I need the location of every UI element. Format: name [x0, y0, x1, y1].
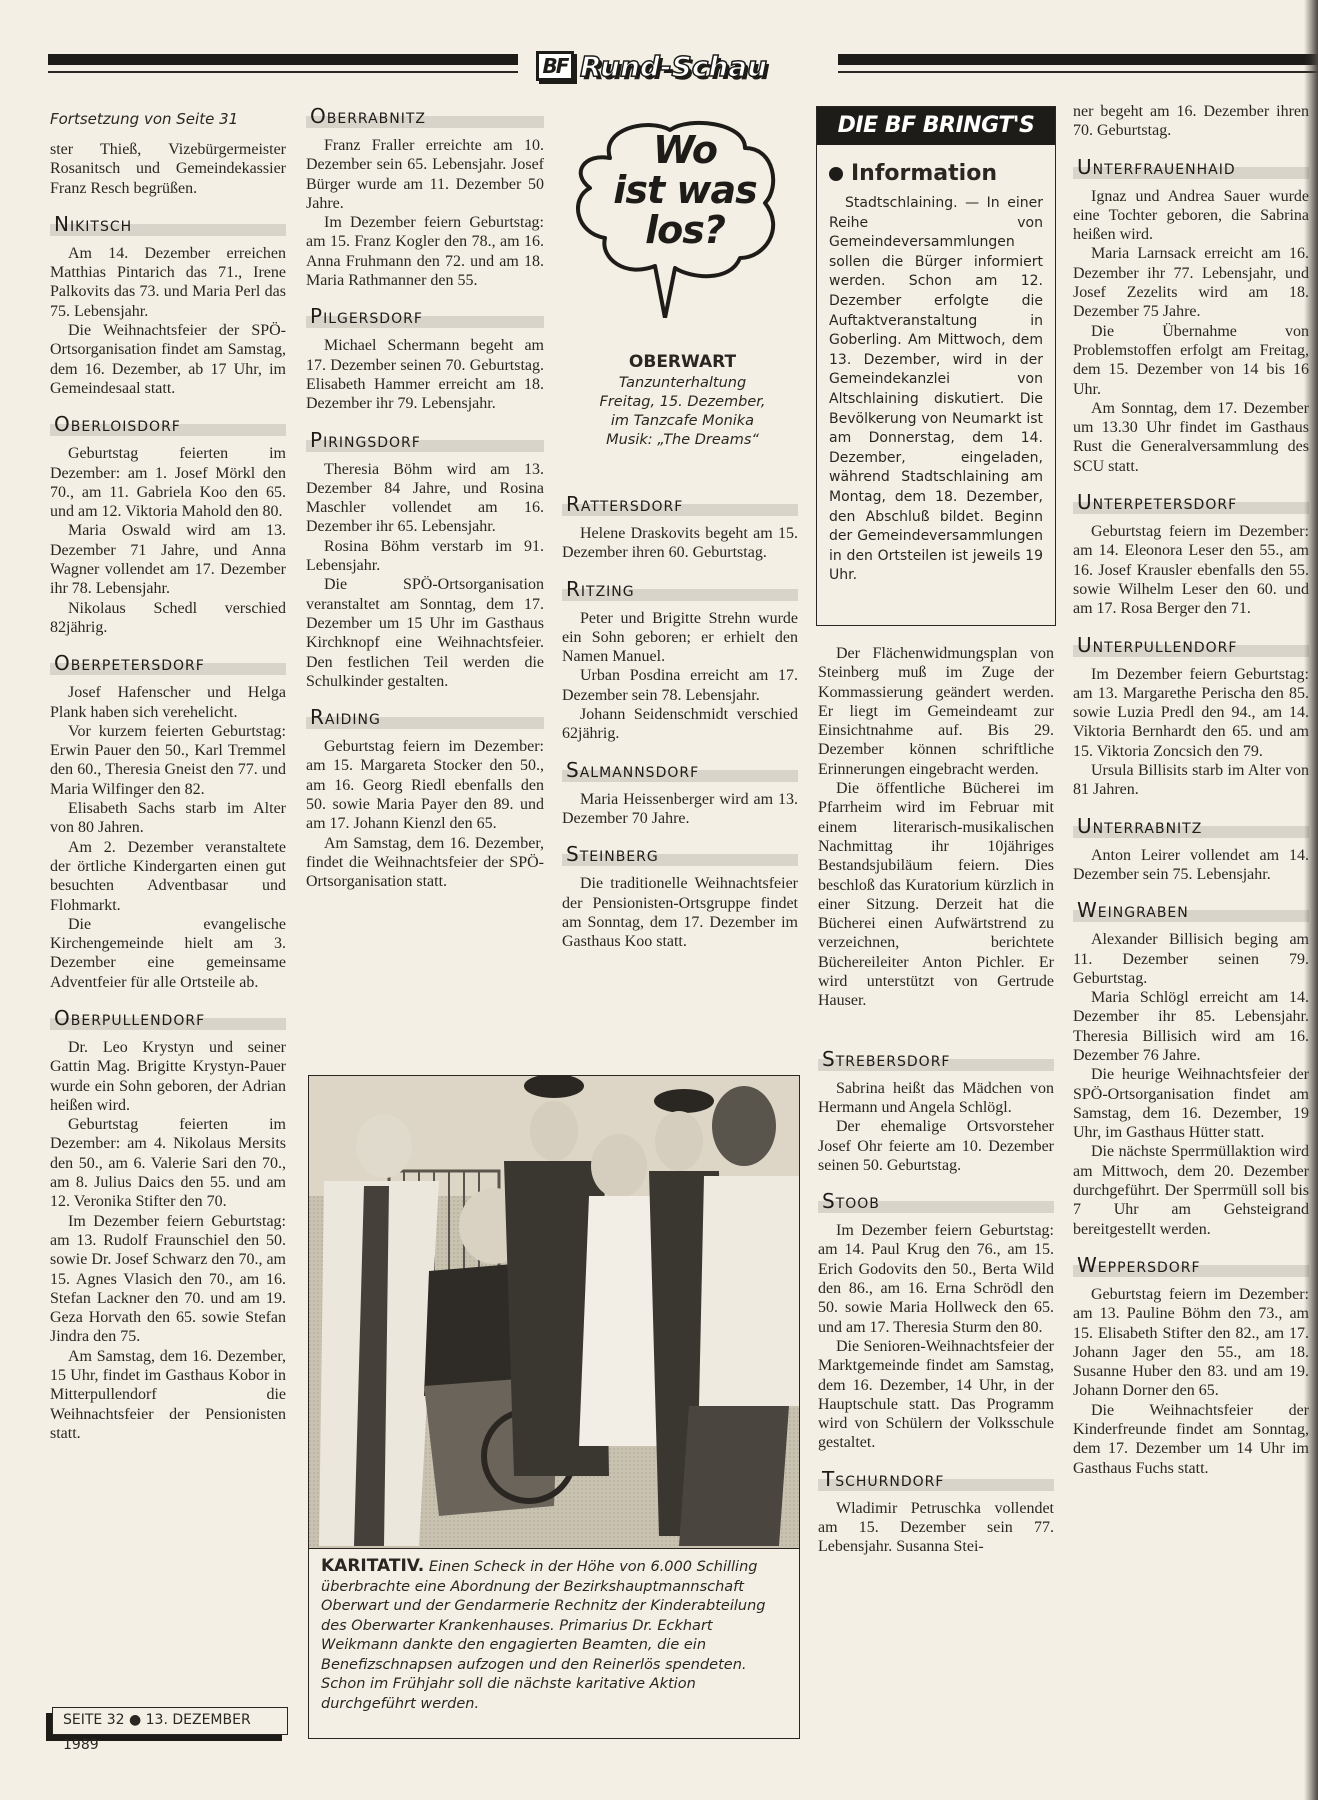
paragraph: Josef Hafenscher und Helga Plank haben s… — [50, 683, 286, 722]
bf-bringts-box: DIE BF BRINGT'S Information Stadtschlain… — [816, 106, 1056, 626]
paragraph: Die evangelische Kirchengemeinde hielt a… — [50, 915, 286, 992]
paragraph: Die öffentliche Bücherei im Pfarrheim wi… — [818, 779, 1054, 1011]
section-heading: Unterpullendorf — [1073, 633, 1309, 657]
paragraph: Dr. Leo Krystyn und seiner Gattin Mag. B… — [50, 1038, 286, 1115]
section-list: StrebersdorfSabrina heißt das Mädchen vo… — [818, 1047, 1054, 1557]
paragraph: Die SPÖ-Ortsorganisation veranstaltet am… — [306, 575, 544, 691]
article-continuation-text: ster Thieß, Vizebürgermeister Rosanitsch… — [50, 140, 286, 198]
paragraph: Rosina Böhm verstarb im 91. Lebensjahr. — [306, 537, 544, 576]
section-heading: Raiding — [306, 705, 544, 729]
paragraph: Geburtstag feierten im Dezember: am 4. N… — [50, 1115, 286, 1211]
infobox-header: DIE BF BRINGT'S — [817, 107, 1055, 145]
masthead-logo: BF Rund-Schau — [536, 48, 767, 84]
section-heading: Weingraben — [1073, 898, 1309, 922]
paragraph: Die Weihnachtsfeier der SPÖ-Ortsorganisa… — [50, 321, 286, 398]
paragraph: Am 14. Dezember erreichen Matthias Pinta… — [50, 244, 286, 321]
section-list: RattersdorfHelene Draskovits begeht am 1… — [562, 492, 798, 951]
paragraph: Der ehemalige Ortsvorsteher Josef Ohr fe… — [818, 1117, 1054, 1175]
paragraph: Am Samstag, dem 16. Dezember, 15 Uhr, fi… — [50, 1347, 286, 1443]
paragraph: Wladimir Petruschka vollendet am 15. Dez… — [818, 1499, 1054, 1557]
paragraph: Maria Larnsack erreicht am 16. Dezember … — [1073, 244, 1309, 321]
paragraph: Alexander Billisich beging am 11. Dezemb… — [1073, 930, 1309, 988]
section-heading: Unterpetersdorf — [1073, 490, 1309, 514]
paragraph: ner begeht am 16. Dezember ihren 70. Geb… — [1073, 102, 1309, 141]
paragraph: Michael Schermann begeht am 17. Dezember… — [306, 336, 544, 413]
paragraph: Am Samstag, dem 16. Dezember, findet die… — [306, 834, 544, 892]
column-4: Der Flächenwidmungsplan von Steinberg mu… — [818, 644, 1054, 1557]
event-location: OBERWART — [575, 352, 790, 372]
masthead-rule-left — [48, 54, 518, 76]
section-heading: Stoob — [818, 1189, 1054, 1213]
paragraph: Am Sonntag, dem 17. Dezember um 13.30 Uh… — [1073, 399, 1309, 476]
section-heading: Nikitsch — [50, 212, 286, 236]
paragraph: Urban Posdina erreicht am 17. Dezember s… — [562, 666, 798, 705]
continuation-note: Fortsetzung von Seite 31 — [50, 110, 286, 128]
paragraph: Ignaz und Andrea Sauer wurde eine Tochte… — [1073, 187, 1309, 245]
newspaper-page: BF Rund-Schau Fortsetzung von Seite 31 s… — [0, 0, 1318, 1800]
section-list: NikitschAm 14. Dezember erreichen Matthi… — [50, 212, 286, 1443]
infobox-subhead: Information — [829, 161, 1055, 186]
section-heading: Ritzing — [562, 577, 798, 601]
paragraph: Die Senioren-Weihnachtsfeier der Marktge… — [818, 1337, 1054, 1453]
section-heading: Tschurndorf — [818, 1467, 1054, 1491]
paragraph: Johann Seidenschmidt verschied 62jährig. — [562, 705, 798, 744]
event-line: Freitag, 15. Dezember, — [575, 393, 790, 412]
photo-image — [309, 1076, 800, 1549]
column-2: OberrabnitzFranz Fraller erreichte am 10… — [306, 90, 544, 892]
paragraph: Peter und Brigitte Strehn wurde ein Sohn… — [562, 609, 798, 667]
paragraph: Geburtstag feiern im Dezember: am 15. Ma… — [306, 737, 544, 833]
paragraph: Der Flächenwidmungsplan von Steinberg mu… — [818, 644, 1054, 779]
paragraph: Elisabeth Sachs starb im Alter von 80 Ja… — [50, 799, 286, 838]
event-line: Musik: „The Dreams“ — [575, 431, 790, 450]
paragraph: Maria Schlögl erreicht am 14. Dezember i… — [1073, 988, 1309, 1065]
section-heading: Unterrabnitz — [1073, 814, 1309, 838]
masthead: BF Rund-Schau — [48, 50, 1318, 86]
section-heading: Unterfrauenhaid — [1073, 155, 1309, 179]
paragraph: Sabrina heißt das Mädchen von Hermann un… — [818, 1079, 1054, 1118]
infobox-body: Stadtschlaining. — In einer Reihe von Ge… — [817, 194, 1055, 586]
section-heading: Salmannsdorf — [562, 758, 798, 782]
paragraph: Im Dezember feiern Geburtstag: am 13. Ma… — [1073, 665, 1309, 761]
column-5: ner begeht am 16. Dezember ihren 70. Geb… — [1073, 102, 1309, 1478]
masthead-rule-right — [838, 54, 1318, 76]
section-heading: Piringsdorf — [306, 428, 544, 452]
photo-caption: KARITATIV. Einen Scheck in der Höhe von … — [321, 1557, 787, 1714]
paragraph: Geburtstag feierten im Dezember: am 1. J… — [50, 444, 286, 521]
event-line: Tanzunterhaltung — [575, 374, 790, 393]
section-heading: Steinberg — [562, 842, 798, 866]
bubble-text: Wo ist was los? — [610, 130, 760, 250]
paragraph: Anton Leirer vollendet am 14. Dezember s… — [1073, 846, 1309, 885]
section-heading: Strebersdorf — [818, 1047, 1054, 1071]
paragraph: Im Dezember feiern Geburtstag: am 13. Ru… — [50, 1212, 286, 1347]
section-heading: Weppersdorf — [1073, 1253, 1309, 1277]
section-heading: Oberpetersdorf — [50, 651, 286, 675]
bf-logo-icon: BF — [536, 51, 574, 81]
paragraph: Am 2. Dezember veranstaltete der örtlich… — [50, 838, 286, 915]
bullet-icon — [829, 167, 843, 181]
photo-caption-box: KARITATIV. Einen Scheck in der Höhe von … — [308, 1549, 800, 1739]
paragraph: Nikolaus Schedl verschied 82jährig. — [50, 599, 286, 638]
paragraph: Franz Fraller erreichte am 10. Dezember … — [306, 136, 544, 213]
section-heading: Rattersdorf — [562, 492, 798, 516]
paragraph: Geburtstag feiern im Dezember: am 13. Pa… — [1073, 1285, 1309, 1401]
paragraph: Theresia Böhm wird am 13. Dezember 84 Ja… — [306, 460, 544, 537]
paragraph: Maria Heissenberger wird am 13. Dezember… — [562, 790, 798, 829]
paragraph: Geburtstag feiern im Dezember: am 14. El… — [1073, 522, 1309, 618]
paragraph: Vor kurzem feierten Geburtstag: Erwin Pa… — [50, 722, 286, 799]
paragraph: Die traditionelle Weihnachtsfeier der Pe… — [562, 874, 798, 951]
section-heading: Pilgersdorf — [306, 304, 544, 328]
paragraph: Die Weihnachtsfeier der Kinderfreunde fi… — [1073, 1401, 1309, 1478]
column-3: RattersdorfHelene Draskovits begeht am 1… — [562, 478, 798, 951]
paragraph: Im Dezember feiern Geburtstag: am 14. Pa… — [818, 1221, 1054, 1337]
page-spine-shadow — [1304, 0, 1318, 1800]
caption-lead: KARITATIV. — [321, 1556, 424, 1576]
section-heading: Oberloisdorf — [50, 412, 286, 436]
section-heading: Oberpullendorf — [50, 1006, 286, 1030]
column-1: Fortsetzung von Seite 31 ster Thieß, Viz… — [50, 104, 286, 1443]
paragraph: Maria Oswald wird am 13. Dezember 71 Jah… — [50, 521, 286, 598]
paragraph: Die nächste Sperrmüllaktion wird am Mitt… — [1073, 1142, 1309, 1238]
paragraph: Die Übernahme von Problemstoffen erfolgt… — [1073, 322, 1309, 399]
news-photo — [308, 1075, 800, 1549]
paragraph: Ursula Billisits starb im Alter von 81 J… — [1073, 761, 1309, 800]
section-heading: Oberrabnitz — [306, 104, 544, 128]
event-line: im Tanzcafe Monika — [575, 412, 790, 431]
wo-ist-was-los-bubble: Wo ist was los? — [570, 118, 790, 318]
paragraph: Helene Draskovits begeht am 15. Dezember… — [562, 524, 798, 563]
masthead-title: Rund-Schau — [580, 50, 767, 83]
page-footer: SEITE 32 ● 13. DEZEMBER 1989 — [52, 1707, 288, 1735]
section-list: UnterfrauenhaidIgnaz und Andrea Sauer wu… — [1073, 155, 1309, 1478]
section-list: OberrabnitzFranz Fraller erreichte am 10… — [306, 104, 544, 892]
event-listing: OBERWART Tanzunterhaltung Freitag, 15. D… — [575, 352, 790, 450]
paragraph: Die heurige Weihnachtsfeier der SPÖ-Orts… — [1073, 1065, 1309, 1142]
paragraph: Im Dezember feiern Geburtstag: am 15. Fr… — [306, 213, 544, 290]
